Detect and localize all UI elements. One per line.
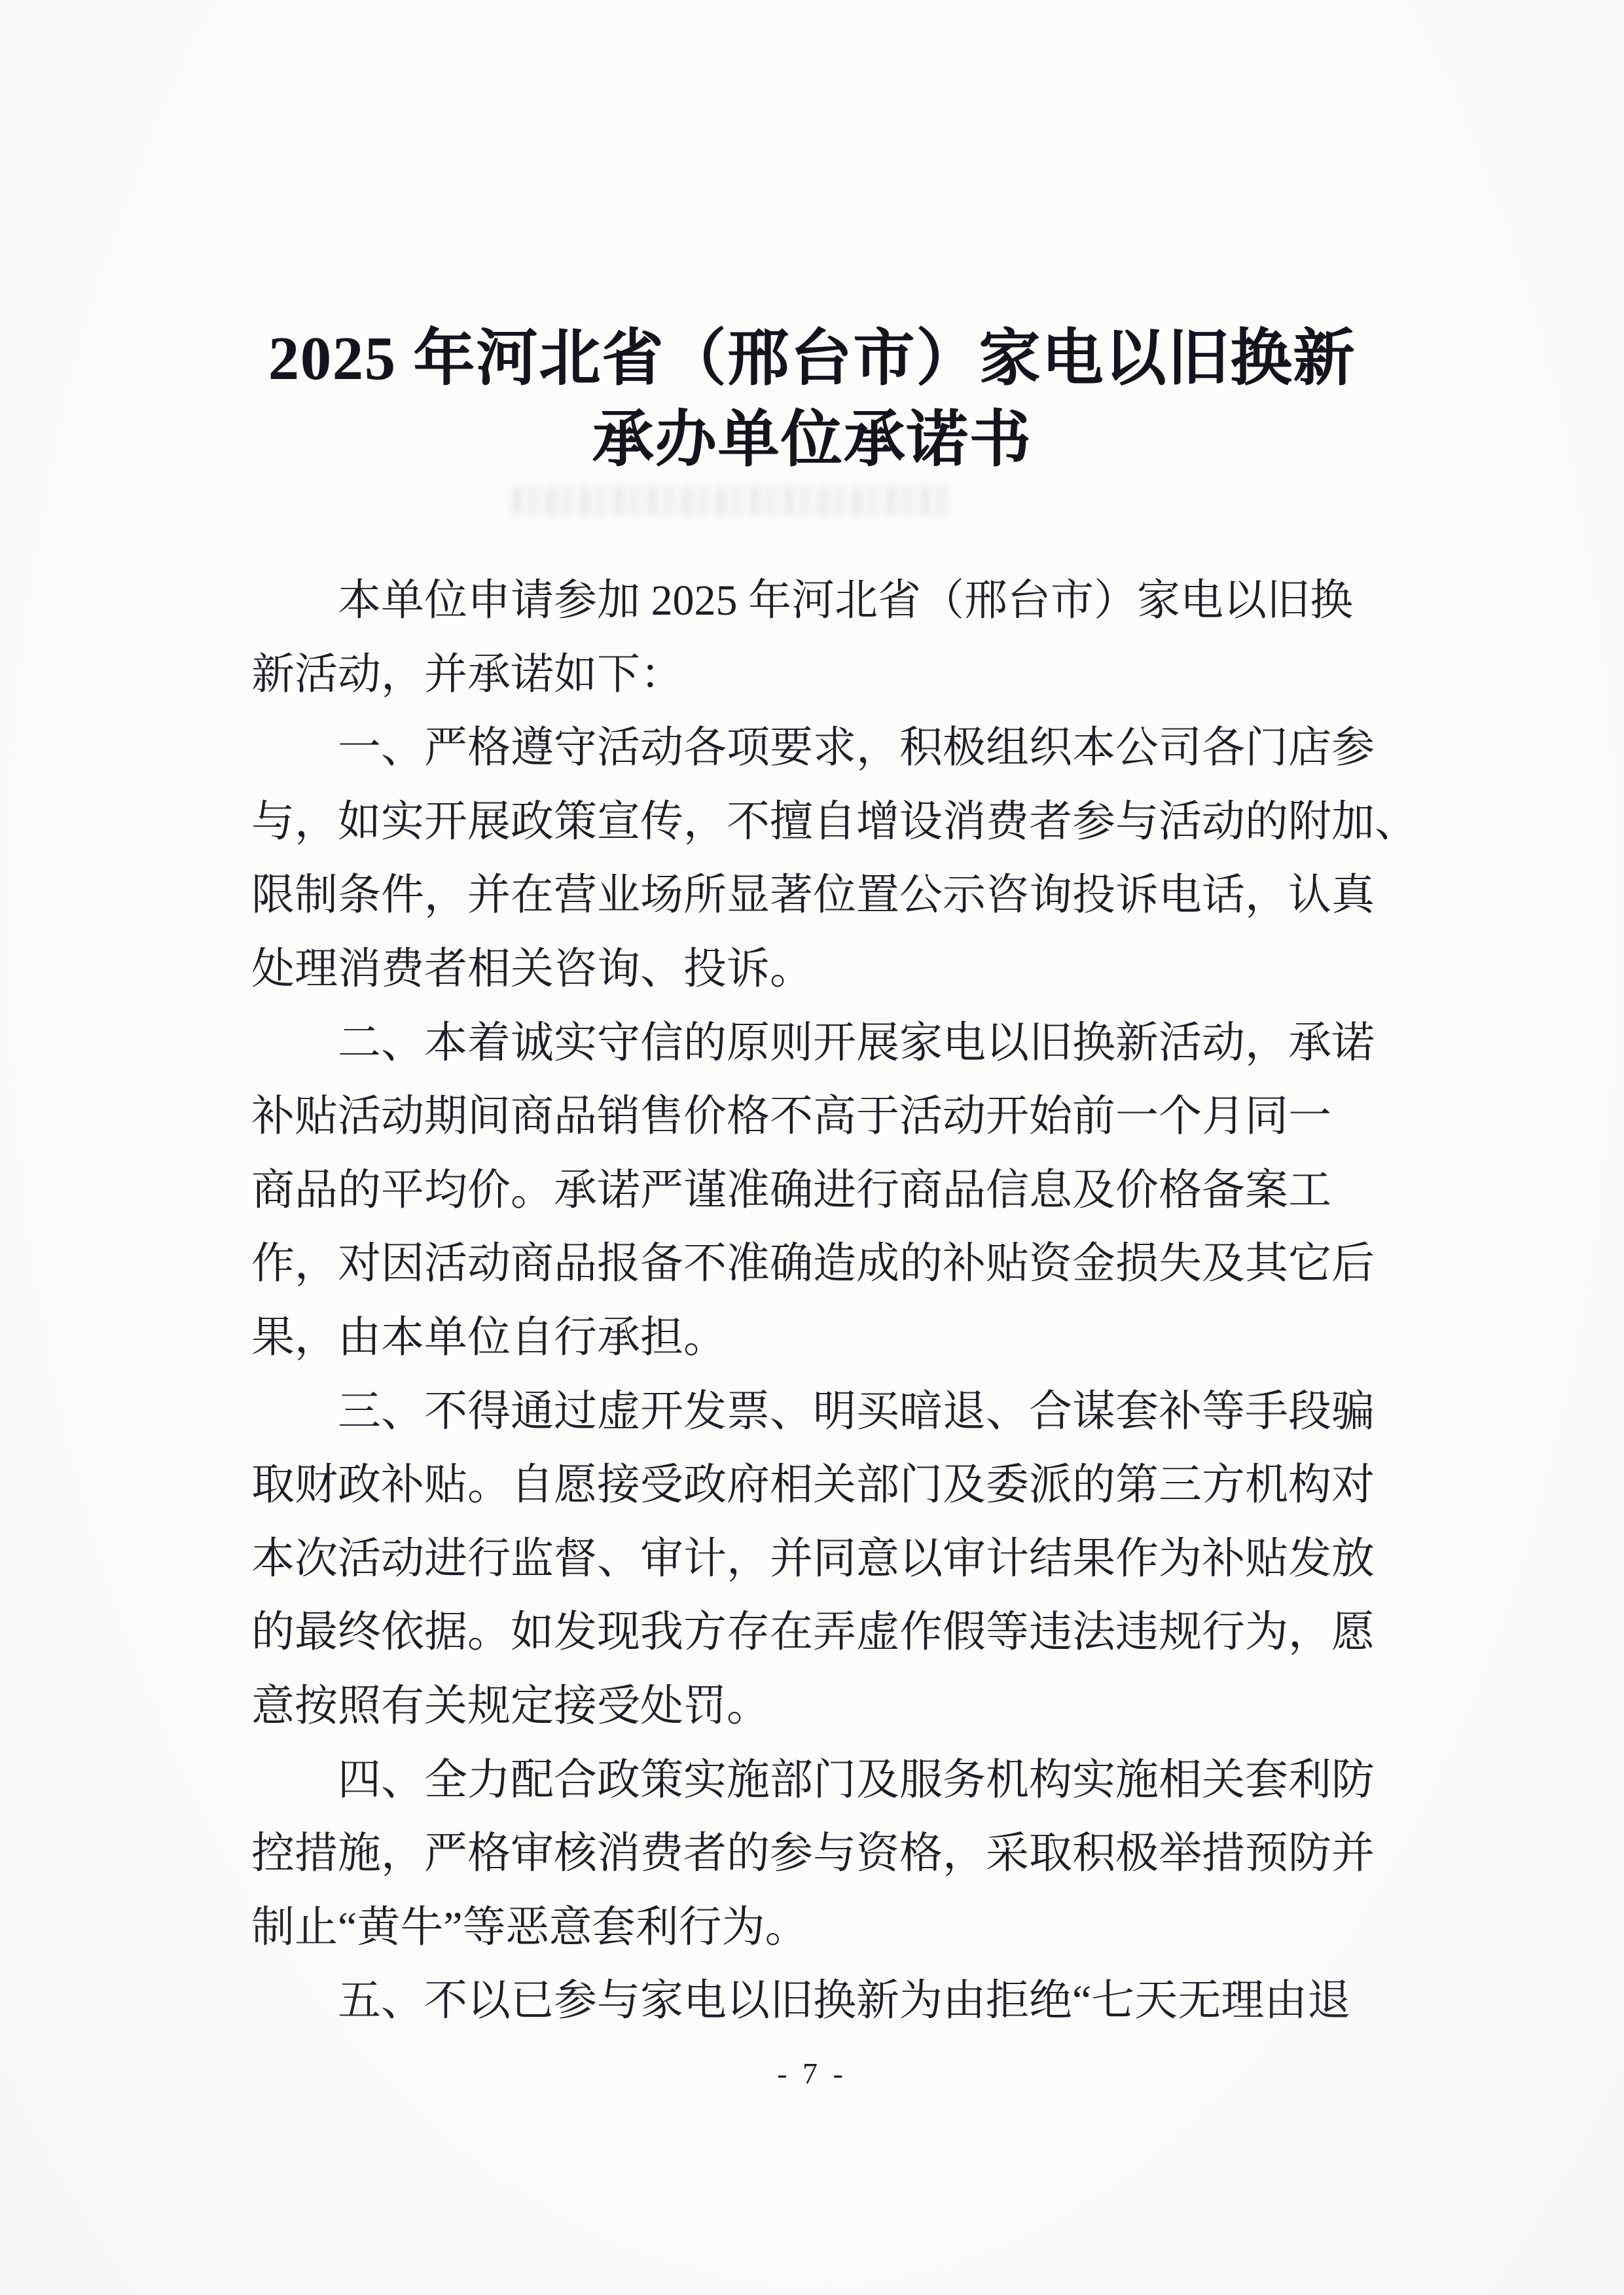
document-line: 取财政补贴。自愿接受政府相关部门及委派的第三方机构对	[251, 1449, 1375, 1523]
document-line: 补贴活动期间商品销售价格不高于活动开始前一个月同一	[251, 1080, 1375, 1154]
document-line: 限制条件，并在营业场所显著位置公示咨询投诉电话，认真	[251, 859, 1375, 933]
document-line: 五、不以已参与家电以旧换新为由拒绝“七天无理由退	[251, 1964, 1375, 2038]
document-line: 果，由本单位自行承担。	[251, 1301, 1375, 1375]
document-line: 制止“黄牛”等恶意套利行为。	[251, 1891, 1375, 1965]
document-line: 的最终依据。如发现我方存在弄虚作假等违法违规行为，愿	[251, 1596, 1375, 1670]
bleed-through-artifact	[512, 486, 954, 516]
document-line: 意按照有关规定接受处罚。	[251, 1670, 1375, 1744]
document-line: 三、不得通过虚开发票、明买暗退、合谋套补等手段骗	[251, 1375, 1375, 1449]
document-title: 2025 年河北省（邢台市）家电以旧换新 承办单位承诺书	[20, 318, 1604, 480]
document-title-line-2: 承办单位承诺书	[20, 399, 1604, 480]
scanned-document-page: 2025 年河北省（邢台市）家电以旧换新 承办单位承诺书 本单位申请参加 202…	[0, 0, 1624, 2295]
document-line: 新活动，并承诺如下：	[251, 638, 1375, 712]
document-line: 作，对因活动商品报备不准确造成的补贴资金损失及其它后	[251, 1227, 1375, 1301]
document-line: 处理消费者相关咨询、投诉。	[251, 933, 1375, 1007]
page-number: - 7 -	[0, 2055, 1624, 2092]
document-line: 与，如实开展政策宣传，不擅自增设消费者参与活动的附加、	[251, 786, 1375, 859]
document-line: 本单位申请参加 2025 年河北省（邢台市）家电以旧换	[251, 564, 1375, 638]
document-body: 本单位申请参加 2025 年河北省（邢台市）家电以旧换 新活动，并承诺如下： 一…	[251, 564, 1375, 2038]
document-line: 商品的平均价。承诺严谨准确进行商品信息及价格备案工	[251, 1154, 1375, 1228]
document-line: 四、全力配合政策实施部门及服务机构实施相关套利防	[251, 1744, 1375, 1818]
document-line: 一、严格遵守活动各项要求，积极组织本公司各门店参	[251, 712, 1375, 786]
document-line: 控措施，严格审核消费者的参与资格，采取积极举措预防并	[251, 1817, 1375, 1891]
document-title-line-1: 2025 年河北省（邢台市）家电以旧换新	[20, 318, 1604, 399]
document-line: 二、本着诚实守信的原则开展家电以旧换新活动，承诺	[251, 1007, 1375, 1081]
document-line: 本次活动进行监督、审计，并同意以审计结果作为补贴发放	[251, 1523, 1375, 1597]
